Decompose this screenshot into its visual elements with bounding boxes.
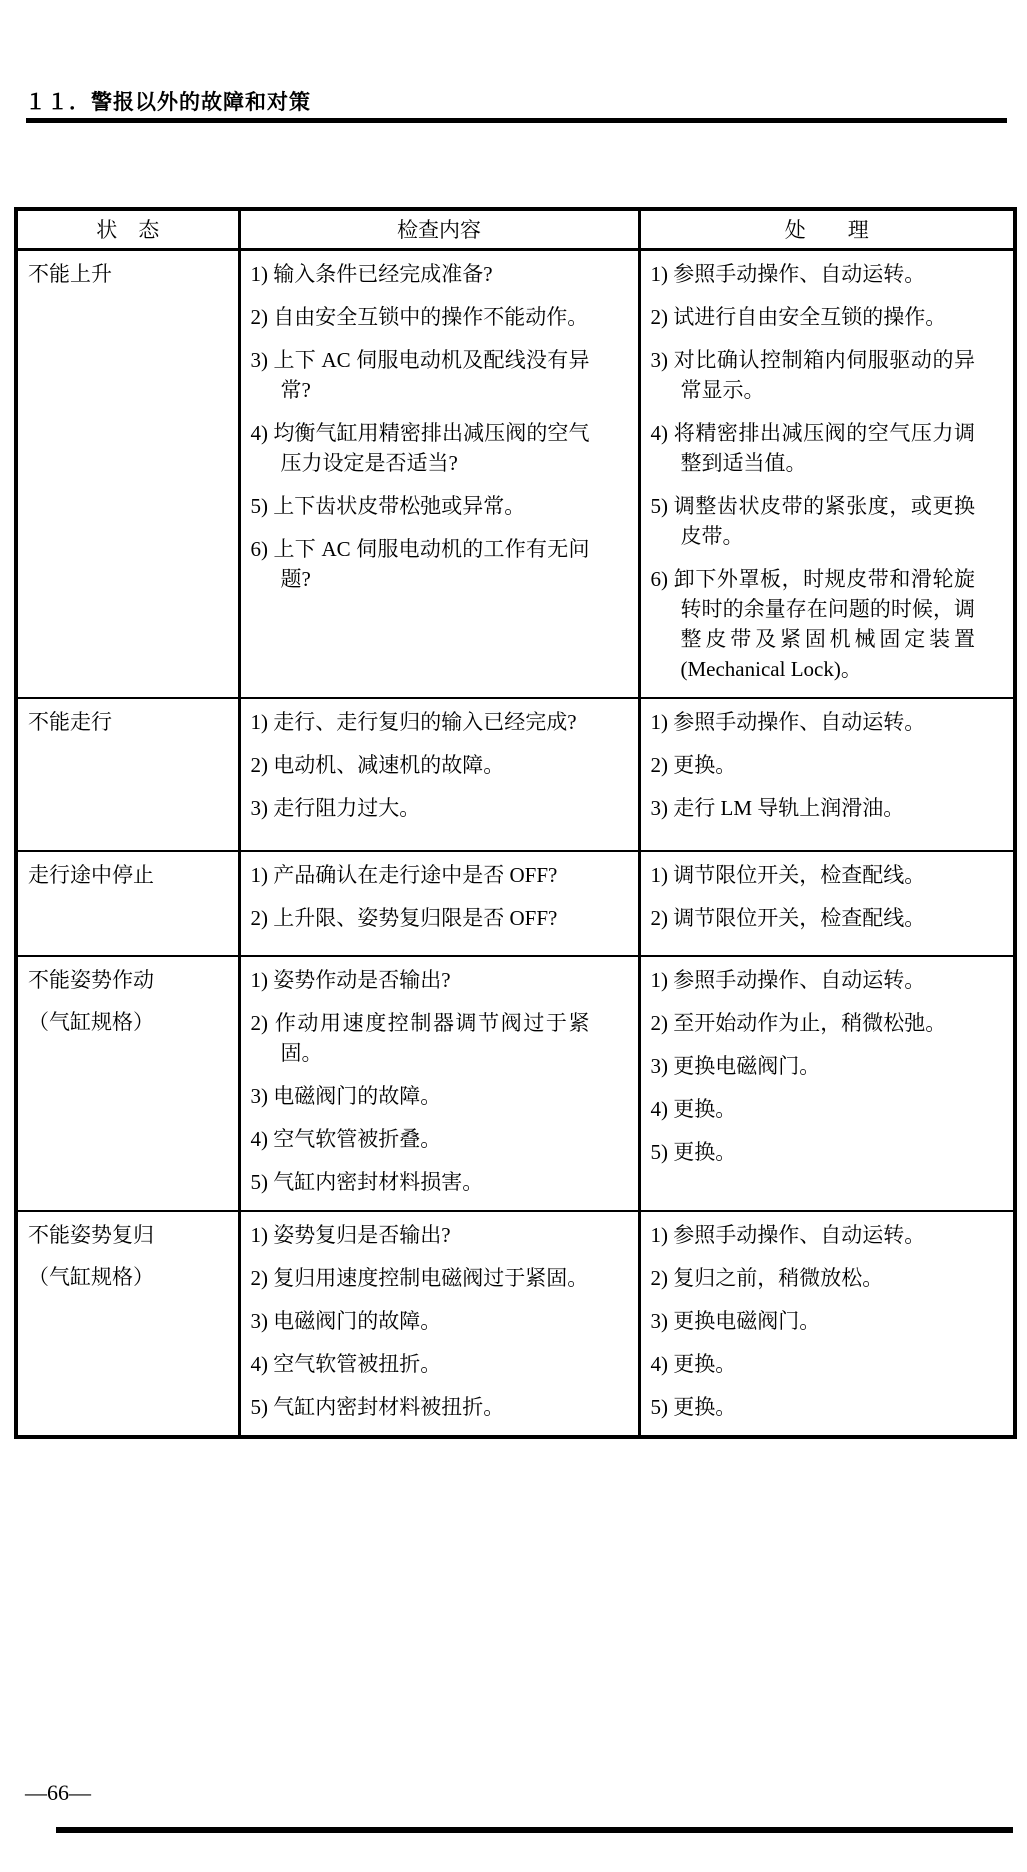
cell-line: 1) 调节限位开关，检查配线。 [651,860,976,890]
cell-line: 3) 电磁阀门的故障。 [251,1081,590,1111]
status-cell: 不能姿势作动（气缸规格） [16,956,239,1211]
cell-line: 2) 试进行自由安全互锁的操作。 [651,302,976,332]
cell-line: 4) 均衡气缸用精密排出减压阀的空气压力设定是否适当? [251,418,590,478]
fault-table-header: 状 态 检查内容 处 理 [16,209,1015,250]
header-rule [26,118,1007,123]
actions-cell: 1) 参照手动操作、自动运转。2) 至开始动作为止，稍微松弛。3) 更换电磁阀门… [639,956,1015,1211]
cell-line: 3) 电磁阀门的故障。 [251,1306,590,1336]
cell-line: 6) 卸下外罩板，时规皮带和滑轮旋转时的余量存在问题的时候，调整皮带及紧固机械固… [651,564,976,684]
status-cell: 不能姿势复归（气缸规格） [16,1211,239,1437]
table-row: 走行途中停止1) 产品确认在走行途中是否 OFF?2) 上升限、姿势复归限是否 … [16,851,1015,956]
checks-cell: 1) 姿势作动是否输出?2) 作动用速度控制器调节阀过于紧固。3) 电磁阀门的故… [239,956,639,1211]
table-row: 不能走行1) 走行、走行复归的输入已经完成?2) 电动机、减速机的故障。3) 走… [16,698,1015,851]
page: １１．警报以外的故障和对策 状 态 检查内容 处 理 不能上升1) 输入条件已经… [0,0,1027,1872]
cell-line: 不能走行 [28,707,228,737]
column-header-status: 状 态 [16,209,239,250]
status-cell: 走行途中停止 [16,851,239,956]
cell-line: 1) 姿势作动是否输出? [251,965,590,995]
checks-cell: 1) 输入条件已经完成准备?2) 自由安全互锁中的操作不能动作。3) 上下 AC… [239,250,639,699]
page-title: １１．警报以外的故障和对策 [25,86,311,116]
cell-line: 2) 复归之前，稍微放松。 [651,1263,976,1293]
cell-line: （气缸规格） [28,1007,228,1037]
actions-cell: 1) 参照手动操作、自动运转。2) 复归之前，稍微放松。3) 更换电磁阀门。4)… [639,1211,1015,1437]
cell-line: 5) 更换。 [651,1392,976,1422]
cell-line: 3) 更换电磁阀门。 [651,1306,976,1336]
column-header-checks: 检查内容 [239,209,639,250]
cell-line: 3) 上下 AC 伺服电动机及配线没有异常? [251,345,590,405]
cell-line: 5) 上下齿状皮带松弛或异常。 [251,491,590,521]
cell-line: 2) 自由安全互锁中的操作不能动作。 [251,302,590,332]
column-header-actions: 处 理 [639,209,1015,250]
cell-line: 1) 参照手动操作、自动运转。 [651,707,976,737]
header-row: 状 态 检查内容 处 理 [16,209,1015,250]
cell-line: 3) 更换电磁阀门。 [651,1051,976,1081]
cell-line: 5) 调整齿状皮带的紧张度，或更换皮带。 [651,491,976,551]
cell-line: 不能上升 [28,259,228,289]
footer-rule [56,1827,1013,1833]
cell-line: 5) 气缸内密封材料损害。 [251,1167,590,1197]
cell-line: 6) 上下 AC 伺服电动机的工作有无问题? [251,534,590,594]
cell-line: 1) 输入条件已经完成准备? [251,259,590,289]
cell-line: 1) 产品确认在走行途中是否 OFF? [251,860,590,890]
fault-table: 状 态 检查内容 处 理 不能上升1) 输入条件已经完成准备?2) 自由安全互锁… [14,207,1017,1439]
cell-line: 4) 更换。 [651,1094,976,1124]
actions-cell: 1) 参照手动操作、自动运转。2) 更换。3) 走行 LM 导轨上润滑油。 [639,698,1015,851]
status-cell: 不能上升 [16,250,239,699]
cell-line: 2) 电动机、减速机的故障。 [251,750,590,780]
cell-line: 4) 空气软管被扭折。 [251,1349,590,1379]
cell-line: 2) 作动用速度控制器调节阀过于紧固。 [251,1008,590,1068]
cell-line: 1) 参照手动操作、自动运转。 [651,1220,976,1250]
cell-line: 2) 更换。 [651,750,976,780]
cell-line: 1) 姿势复归是否输出? [251,1220,590,1250]
cell-line: 1) 参照手动操作、自动运转。 [651,965,976,995]
page-number: —66— [25,1780,91,1806]
cell-line: 1) 参照手动操作、自动运转。 [651,259,976,289]
cell-line: 走行途中停止 [28,860,228,890]
cell-line: 1) 走行、走行复归的输入已经完成? [251,707,590,737]
cell-line: 4) 将精密排出减压阀的空气压力调整到适当值。 [651,418,976,478]
checks-cell: 1) 姿势复归是否输出?2) 复归用速度控制电磁阀过于紧固。3) 电磁阀门的故障… [239,1211,639,1437]
checks-cell: 1) 产品确认在走行途中是否 OFF?2) 上升限、姿势复归限是否 OFF? [239,851,639,956]
cell-line: 不能姿势作动 [28,965,228,995]
cell-line: 3) 走行阻力过大。 [251,793,590,823]
cell-line: （气缸规格） [28,1262,228,1292]
cell-line: 5) 气缸内密封材料被扭折。 [251,1392,590,1422]
actions-cell: 1) 参照手动操作、自动运转。2) 试进行自由安全互锁的操作。3) 对比确认控制… [639,250,1015,699]
actions-cell: 1) 调节限位开关，检查配线。2) 调节限位开关，检查配线。 [639,851,1015,956]
cell-line: 2) 至开始动作为止，稍微松弛。 [651,1008,976,1038]
cell-line: 3) 对比确认控制箱内伺服驱动的异常显示。 [651,345,976,405]
status-cell: 不能走行 [16,698,239,851]
cell-line: 4) 更换。 [651,1349,976,1379]
table-row: 不能姿势作动（气缸规格）1) 姿势作动是否输出?2) 作动用速度控制器调节阀过于… [16,956,1015,1211]
checks-cell: 1) 走行、走行复归的输入已经完成?2) 电动机、减速机的故障。3) 走行阻力过… [239,698,639,851]
cell-line: 5) 更换。 [651,1137,976,1167]
table-row: 不能姿势复归（气缸规格）1) 姿势复归是否输出?2) 复归用速度控制电磁阀过于紧… [16,1211,1015,1437]
table-row: 不能上升1) 输入条件已经完成准备?2) 自由安全互锁中的操作不能动作。3) 上… [16,250,1015,699]
cell-line: 4) 空气软管被折叠。 [251,1124,590,1154]
cell-line: 2) 上升限、姿势复归限是否 OFF? [251,903,590,933]
cell-line: 2) 复归用速度控制电磁阀过于紧固。 [251,1263,590,1293]
cell-line: 2) 调节限位开关，检查配线。 [651,903,976,933]
cell-line: 3) 走行 LM 导轨上润滑油。 [651,793,976,823]
cell-line: 不能姿势复归 [28,1220,228,1250]
fault-table-body: 不能上升1) 输入条件已经完成准备?2) 自由安全互锁中的操作不能动作。3) 上… [16,250,1015,1438]
